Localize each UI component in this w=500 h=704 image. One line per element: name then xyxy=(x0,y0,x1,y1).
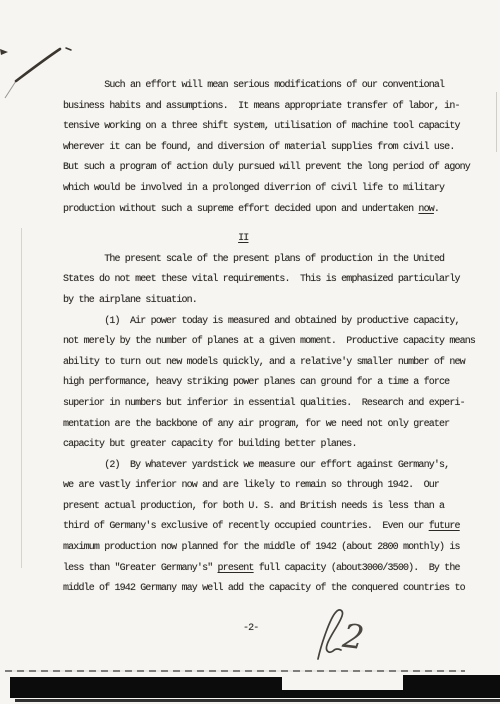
document-line: States do not meet these vital requireme… xyxy=(63,270,481,291)
document-line: capacity but greater capacity for buildi… xyxy=(63,435,481,456)
document-line: not merely by the number of planes at a … xyxy=(63,332,481,353)
pen-tick-left-edge xyxy=(0,49,8,55)
redaction-bar-left xyxy=(10,677,282,698)
document-line: But such a program of action duly pursue… xyxy=(63,158,481,179)
document-line: The present scale of the present plans o… xyxy=(63,250,481,271)
document-line: superior in numbers but inferior in esse… xyxy=(63,394,481,415)
document-line: present actual production, for both U. S… xyxy=(63,497,481,518)
handwritten-numeral: 2 xyxy=(341,619,366,654)
document-line: third of Germany's exclusive of recently… xyxy=(63,517,481,538)
document-line: we are vastly inferior now and are likel… xyxy=(63,476,481,497)
document-line: less than "Greater Germany's" present fu… xyxy=(63,559,481,580)
document-line: production without such a supreme effort… xyxy=(63,200,481,221)
document-line: by the airplane situation. xyxy=(63,291,481,312)
document-line: (2) By whatever yardstick we measure our… xyxy=(63,456,481,477)
document-line: business habits and assumptions. It mean… xyxy=(63,97,481,118)
document-line: tensive working on a three shift system,… xyxy=(63,117,481,138)
scan-edge-artifact xyxy=(496,92,497,152)
document-line: maximum production now planned for the m… xyxy=(63,538,481,559)
document-text: Such an effort will mean serious modific… xyxy=(63,76,481,600)
document-line: high performance, heavy striking power p… xyxy=(63,373,481,394)
redaction-bar-bottom-line xyxy=(15,699,500,702)
redaction-bar-right xyxy=(403,675,500,698)
document-line: wherever it can be found, and diversion … xyxy=(63,138,481,159)
document-line: Such an effort will mean serious modific… xyxy=(63,76,481,97)
pen-tick-small xyxy=(66,48,71,50)
fold-line xyxy=(21,228,22,568)
document-line: mentation are the backbone of any air pr… xyxy=(63,415,481,436)
document-line: which would be involved in a prolonged d… xyxy=(63,179,481,200)
document-line: middle of 1942 Germany may well add the … xyxy=(63,579,481,600)
page-number: -2- xyxy=(243,623,258,634)
redaction-bar-middle xyxy=(282,690,403,698)
section-heading: II xyxy=(63,229,481,250)
scan-dashed-line xyxy=(5,670,465,672)
document-line: ability to turn out new models quickly, … xyxy=(63,353,481,374)
document-line: (1) Air power today is measured and obta… xyxy=(63,312,481,333)
